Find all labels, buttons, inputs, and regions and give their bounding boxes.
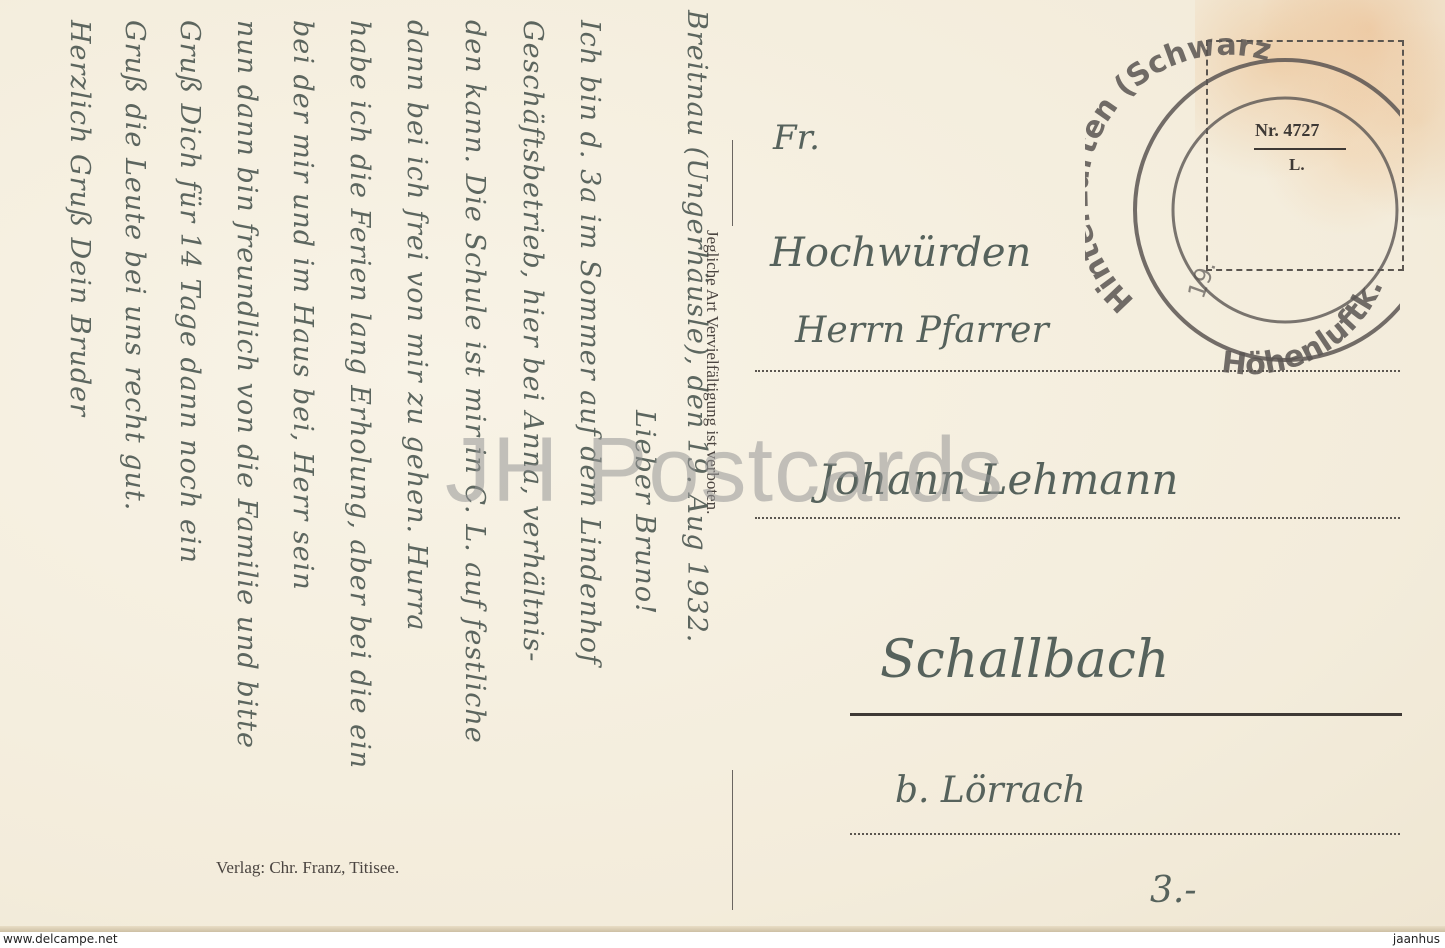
watermark: JH Postcards [445, 418, 1004, 523]
divider-rule-top [732, 140, 733, 226]
publisher-imprint: Verlag: Chr. Franz, Titisee. [216, 858, 399, 878]
message-line: Geschäftsbetrieb, hier bei Anna, verhält… [517, 20, 548, 662]
address-district: b. Lörrach [895, 770, 1086, 811]
message-line: bei der mir und im Haus bei, Herr sein [287, 20, 318, 591]
message-line: nun dann bin freundlich von die Familie … [231, 20, 262, 749]
seller-name[interactable]: jaanhus [1393, 932, 1440, 946]
address-line-4 [850, 833, 1400, 835]
address-line-3-solid [850, 713, 1402, 716]
svg-text:Hinterzarten (Schwarzw.): Hinterzarten (Schwarzw.) [1085, 0, 1275, 319]
message-line: den kann. Die Schule ist mir in C. L. au… [459, 20, 490, 744]
message-line: Ich bin d. 3a im Sommer auf dem Lindenho… [574, 20, 605, 665]
address-town: Schallbach [880, 630, 1169, 690]
address-line-1 [755, 370, 1400, 372]
footer-bar: www.delcampe.net jaanhus [0, 932, 1445, 948]
postcard-back: Breitnau (Ungerhäusle), den 19. Aug 1932… [0, 0, 1445, 932]
address-title: Hochwürden [770, 230, 1031, 276]
postmark-top-text: Hinterzarten (Schwarzw.) [1085, 0, 1275, 319]
price-mark: 3.- [1150, 870, 1197, 911]
postmark-bottom-text: Höhenluftk. [1220, 273, 1391, 380]
message-line: Gruß die Leute bei uns recht gut. [119, 20, 150, 511]
address-recipient-role: Herrn Pfarrer [795, 310, 1049, 351]
source-site-link[interactable]: www.delcampe.net [3, 932, 118, 946]
address-prefix: Fr. [773, 118, 820, 158]
message-line: Gruß Dich für 14 Tage dann noch ein [174, 20, 205, 564]
divider-rule-bottom [732, 770, 733, 910]
message-line: Herzlich Gruß Dein Bruder [64, 20, 95, 417]
svg-text:Höhenluftk.: Höhenluftk. [1220, 273, 1391, 380]
message-line: dann bei ich frei von mir zu gehen. Hurr… [401, 20, 432, 631]
message-line: habe ich die Ferien lang Erholung, aber … [344, 20, 375, 769]
postmark-icon: Hinterzarten (Schwarzw.) Höhenluftk. 19. [1085, 0, 1400, 380]
